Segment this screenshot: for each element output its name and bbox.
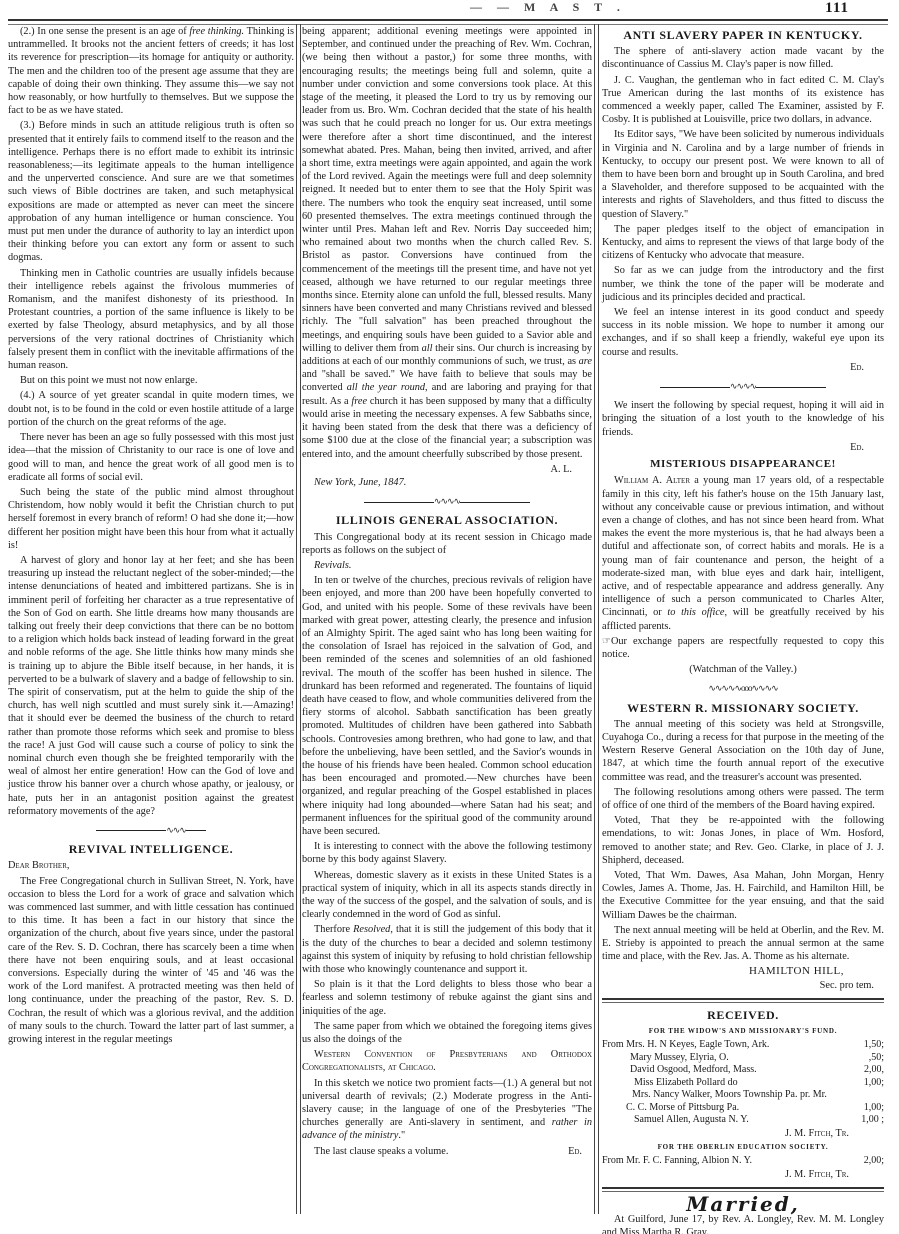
section-separator: ∿∿∿∿ <box>302 495 592 508</box>
section-separator: ∿∿∿∿ <box>602 380 884 393</box>
source-credit: (Watchman of the Valley.) <box>602 663 884 676</box>
married-heading: Married, <box>602 1198 884 1211</box>
list-item: Samuel Allen, Augusta N. Y.1,00 ; <box>602 1114 884 1127</box>
paragraph: We insert the following by special reque… <box>602 399 884 439</box>
paragraph: At Guilford, June 17, by Rev. A. Longley… <box>602 1213 884 1234</box>
page-header: — — M A S T . 111 <box>0 0 899 18</box>
signature-name: HAMILTON HILL, <box>602 965 884 978</box>
paragraph: Voted, That they be re-appointed with th… <box>602 814 884 867</box>
paragraph: Its Editor says, "We have been solicited… <box>602 128 884 220</box>
paragraph: The paper pledges itself to the object o… <box>602 223 884 263</box>
salutation: Dear Brother, <box>8 859 294 872</box>
column-1: (2.) In one sense the present is an age … <box>8 25 294 1048</box>
paragraph: The following resolutions among others w… <box>602 786 884 812</box>
paragraph: There never has been an age so fully pos… <box>8 431 294 484</box>
paragraph: J. C. Vaughan, the gentleman who in fact… <box>602 74 884 127</box>
illinois-heading: ILLINOIS GENERAL ASSOCIATION. <box>302 514 592 527</box>
pointing-hand-icon: ☞ <box>602 636 611 647</box>
dateline: New York, June, 1847. <box>302 476 592 489</box>
list-item: Miss Elizabeth Pollard do1,00; <box>602 1077 884 1090</box>
paragraph: So far as we can judge from the introduc… <box>602 264 884 304</box>
page-number: 111 <box>825 0 849 17</box>
paragraph: William A. Alter a young man 17 years ol… <box>602 474 884 632</box>
paragraph: (2.) In one sense the present is an age … <box>8 25 294 117</box>
paragraph: Voted, That Wm. Dawes, Asa Mahan, John M… <box>602 869 884 922</box>
paragraph: In this sketch we notice two promient fa… <box>302 1077 592 1143</box>
paragraph: Such being the state of the public mind … <box>8 486 294 552</box>
fund-list: From Mrs. H. N Keyes, Eagle Town, Ark.1,… <box>602 1039 884 1127</box>
list-item: From Mr. F. C. Fanning, Albion N. Y.2,00… <box>602 1155 884 1168</box>
misterious-heading: MISTERIOUS DISAPPEARANCE! <box>602 458 884 471</box>
fund-title: FOR THE WIDOW'S AND MISSIONARY'S FUND. <box>602 1025 884 1038</box>
paragraph: ☞Our exchange papers are respectfully re… <box>602 635 884 661</box>
paragraph: But on this point we must not now enlarg… <box>8 374 294 387</box>
column-2: being apparent; additional evening meeti… <box>302 25 592 1160</box>
list-item: Mrs. Nancy Walker, Moors Township Pa. pr… <box>602 1089 884 1102</box>
column-divider <box>296 24 301 1214</box>
paragraph: We feel an intense interest in its good … <box>602 306 884 359</box>
list-item: David Osgood, Medford, Mass.2,00, <box>602 1064 884 1077</box>
rule <box>602 998 884 1003</box>
section-separator: ∿∿∿∿∿ooo∿∿∿∿ <box>602 682 884 695</box>
paragraph: Whereas, domestic slavery as it exists i… <box>302 869 592 922</box>
signature-title: Sec. pro tem. <box>602 979 884 992</box>
running-title: — — M A S T . <box>470 0 626 15</box>
paragraph: This Congregational body at its recent s… <box>302 531 592 557</box>
list-item: Mary Mussey, Elyria, O.,50; <box>602 1052 884 1065</box>
paragraph: It is interesting to connect with the ab… <box>302 840 592 866</box>
signature: Ed. <box>602 361 884 374</box>
convention-title: Western Convention of Presbyterians and … <box>302 1048 592 1074</box>
subheading: Revivals. <box>302 559 592 572</box>
section-separator: ∿∿∿ <box>8 824 294 837</box>
column-3: ANTI SLAVERY PAPER IN KENTUCKY. The sphe… <box>602 25 884 1234</box>
paragraph: (3.) Before minds in such an attitude re… <box>8 119 294 264</box>
paragraph: A harvest of glory and honor lay at her … <box>8 554 294 818</box>
paragraph: The last clause speaks a volume.Ed. <box>302 1145 592 1158</box>
list-item: C. C. Morse of Pittsburg Pa.1,00; <box>602 1102 884 1115</box>
paragraph: The sphere of anti-slavery action made v… <box>602 45 884 71</box>
paragraph: (4.) A source of yet greater scandal in … <box>8 389 294 429</box>
fund-title: FOR THE OBERLIN EDUCATION SOCIETY. <box>602 1141 884 1154</box>
signature: A. L. <box>302 463 592 476</box>
paragraph: The next annual meeting will be held at … <box>602 924 884 964</box>
column-divider <box>594 24 599 1214</box>
paragraph: Therfore Resolved, that it is still the … <box>302 923 592 976</box>
kentucky-heading: ANTI SLAVERY PAPER IN KENTUCKY. <box>602 29 884 42</box>
paragraph: So plain is it that the Lord delights to… <box>302 978 592 1018</box>
missionary-heading: WESTERN R. MISSIONARY SOCIETY. <box>602 702 884 715</box>
paragraph: In ten or twelve of the churches, precio… <box>302 574 592 838</box>
signature: Ed. <box>602 441 884 454</box>
paragraph: The annual meeting of this society was h… <box>602 718 884 784</box>
revival-heading: REVIVAL INTELLIGENCE. <box>8 843 294 856</box>
received-heading: RECEIVED. <box>602 1009 884 1022</box>
treasurer: J. M. Fitch, Tr. <box>602 1127 884 1140</box>
paragraph: Thinking men in Catholic countries are u… <box>8 267 294 373</box>
paragraph: being apparent; additional evening meeti… <box>302 25 592 461</box>
treasurer: J. M. Fitch, Tr. <box>602 1168 884 1181</box>
list-item: From Mrs. H. N Keyes, Eagle Town, Ark.1,… <box>602 1039 884 1052</box>
paragraph: The same paper from which we obtained th… <box>302 1020 592 1046</box>
paragraph: The Free Congregational church in Sulliv… <box>8 875 294 1047</box>
